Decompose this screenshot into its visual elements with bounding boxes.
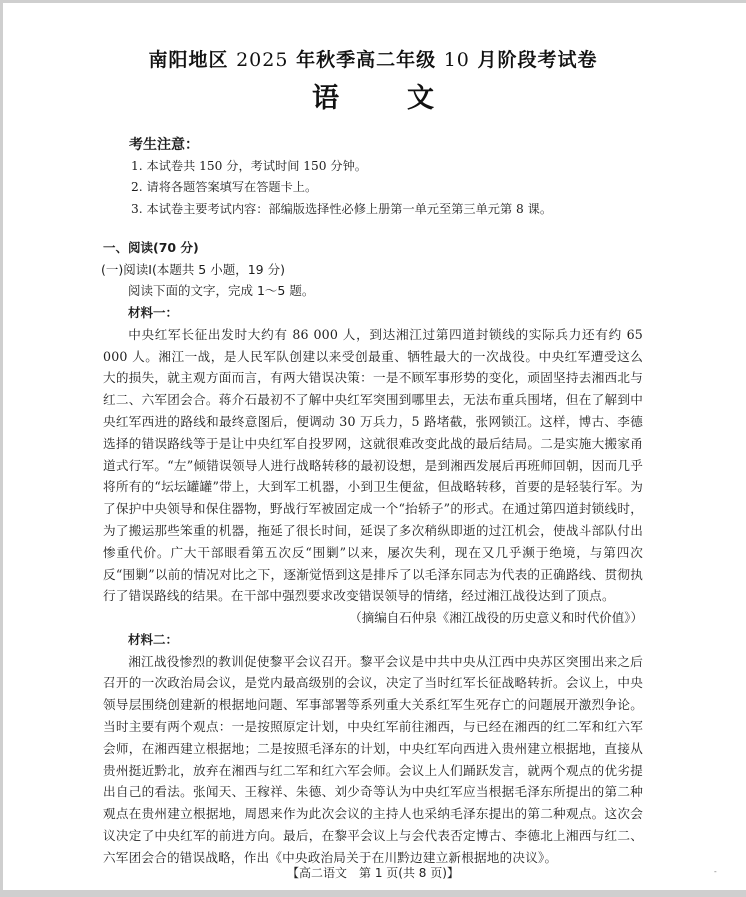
exam-title: 南阳地区 2025 年秋季高二年级 10 月阶段考试卷 bbox=[0, 45, 746, 72]
subject-char: 语 bbox=[312, 76, 339, 115]
material-one-source: （摘编自石仲泉《湘江战役的历史意义和时代价值》） bbox=[103, 607, 643, 629]
title-month: 10 bbox=[444, 49, 470, 71]
subject-title: 语文 bbox=[0, 76, 746, 115]
material-one-text: 中央红军长征出发时大约有 86 000 人，到达湘江过第四道封锁线的实际兵力还有… bbox=[103, 324, 643, 607]
notice-item: 3. 本试卷主要考试内容：部编版选择性必修上册第一单元至第三单元第 8 课。 bbox=[131, 199, 552, 221]
material-one-label: 材料一： bbox=[103, 302, 643, 324]
footer-mark: - bbox=[714, 867, 717, 876]
reading-section: 一、阅读(70 分) (一)阅读Ⅰ(本题共 5 小题，19 分) 阅读下面的文字… bbox=[103, 237, 643, 869]
section-heading: 一、阅读(70 分) bbox=[103, 237, 643, 259]
notice-item: 1. 本试卷共 150 分，考试时间 150 分钟。 bbox=[131, 156, 552, 178]
title-exam: 月阶段考试卷 bbox=[478, 49, 598, 71]
title-term: 年秋季高二年级 bbox=[296, 49, 436, 71]
title-year: 2025 bbox=[236, 49, 288, 71]
section-subheading: (一)阅读Ⅰ(本题共 5 小题，19 分) bbox=[101, 259, 643, 281]
page-footer: 【高二语文 第 1 页(共 8 页)】 bbox=[0, 864, 746, 881]
material-two-label: 材料二： bbox=[103, 629, 643, 651]
subject-char: 文 bbox=[407, 76, 434, 115]
notice-title: 考生注意： bbox=[129, 135, 552, 157]
notice-item: 2. 请将各题答案填写在答题卡上。 bbox=[131, 177, 552, 199]
title-region: 南阳地区 bbox=[148, 49, 228, 71]
candidate-notice: 考生注意： 1. 本试卷共 150 分，考试时间 150 分钟。 2. 请将各题… bbox=[131, 135, 552, 220]
material-two-text: 湘江战役惨烈的教训促使黎平会议召开。黎平会议是中共中央从江西中央苏区突围出来之后… bbox=[103, 651, 643, 869]
section-instruction: 阅读下面的文字，完成 1～5 题。 bbox=[103, 280, 643, 302]
